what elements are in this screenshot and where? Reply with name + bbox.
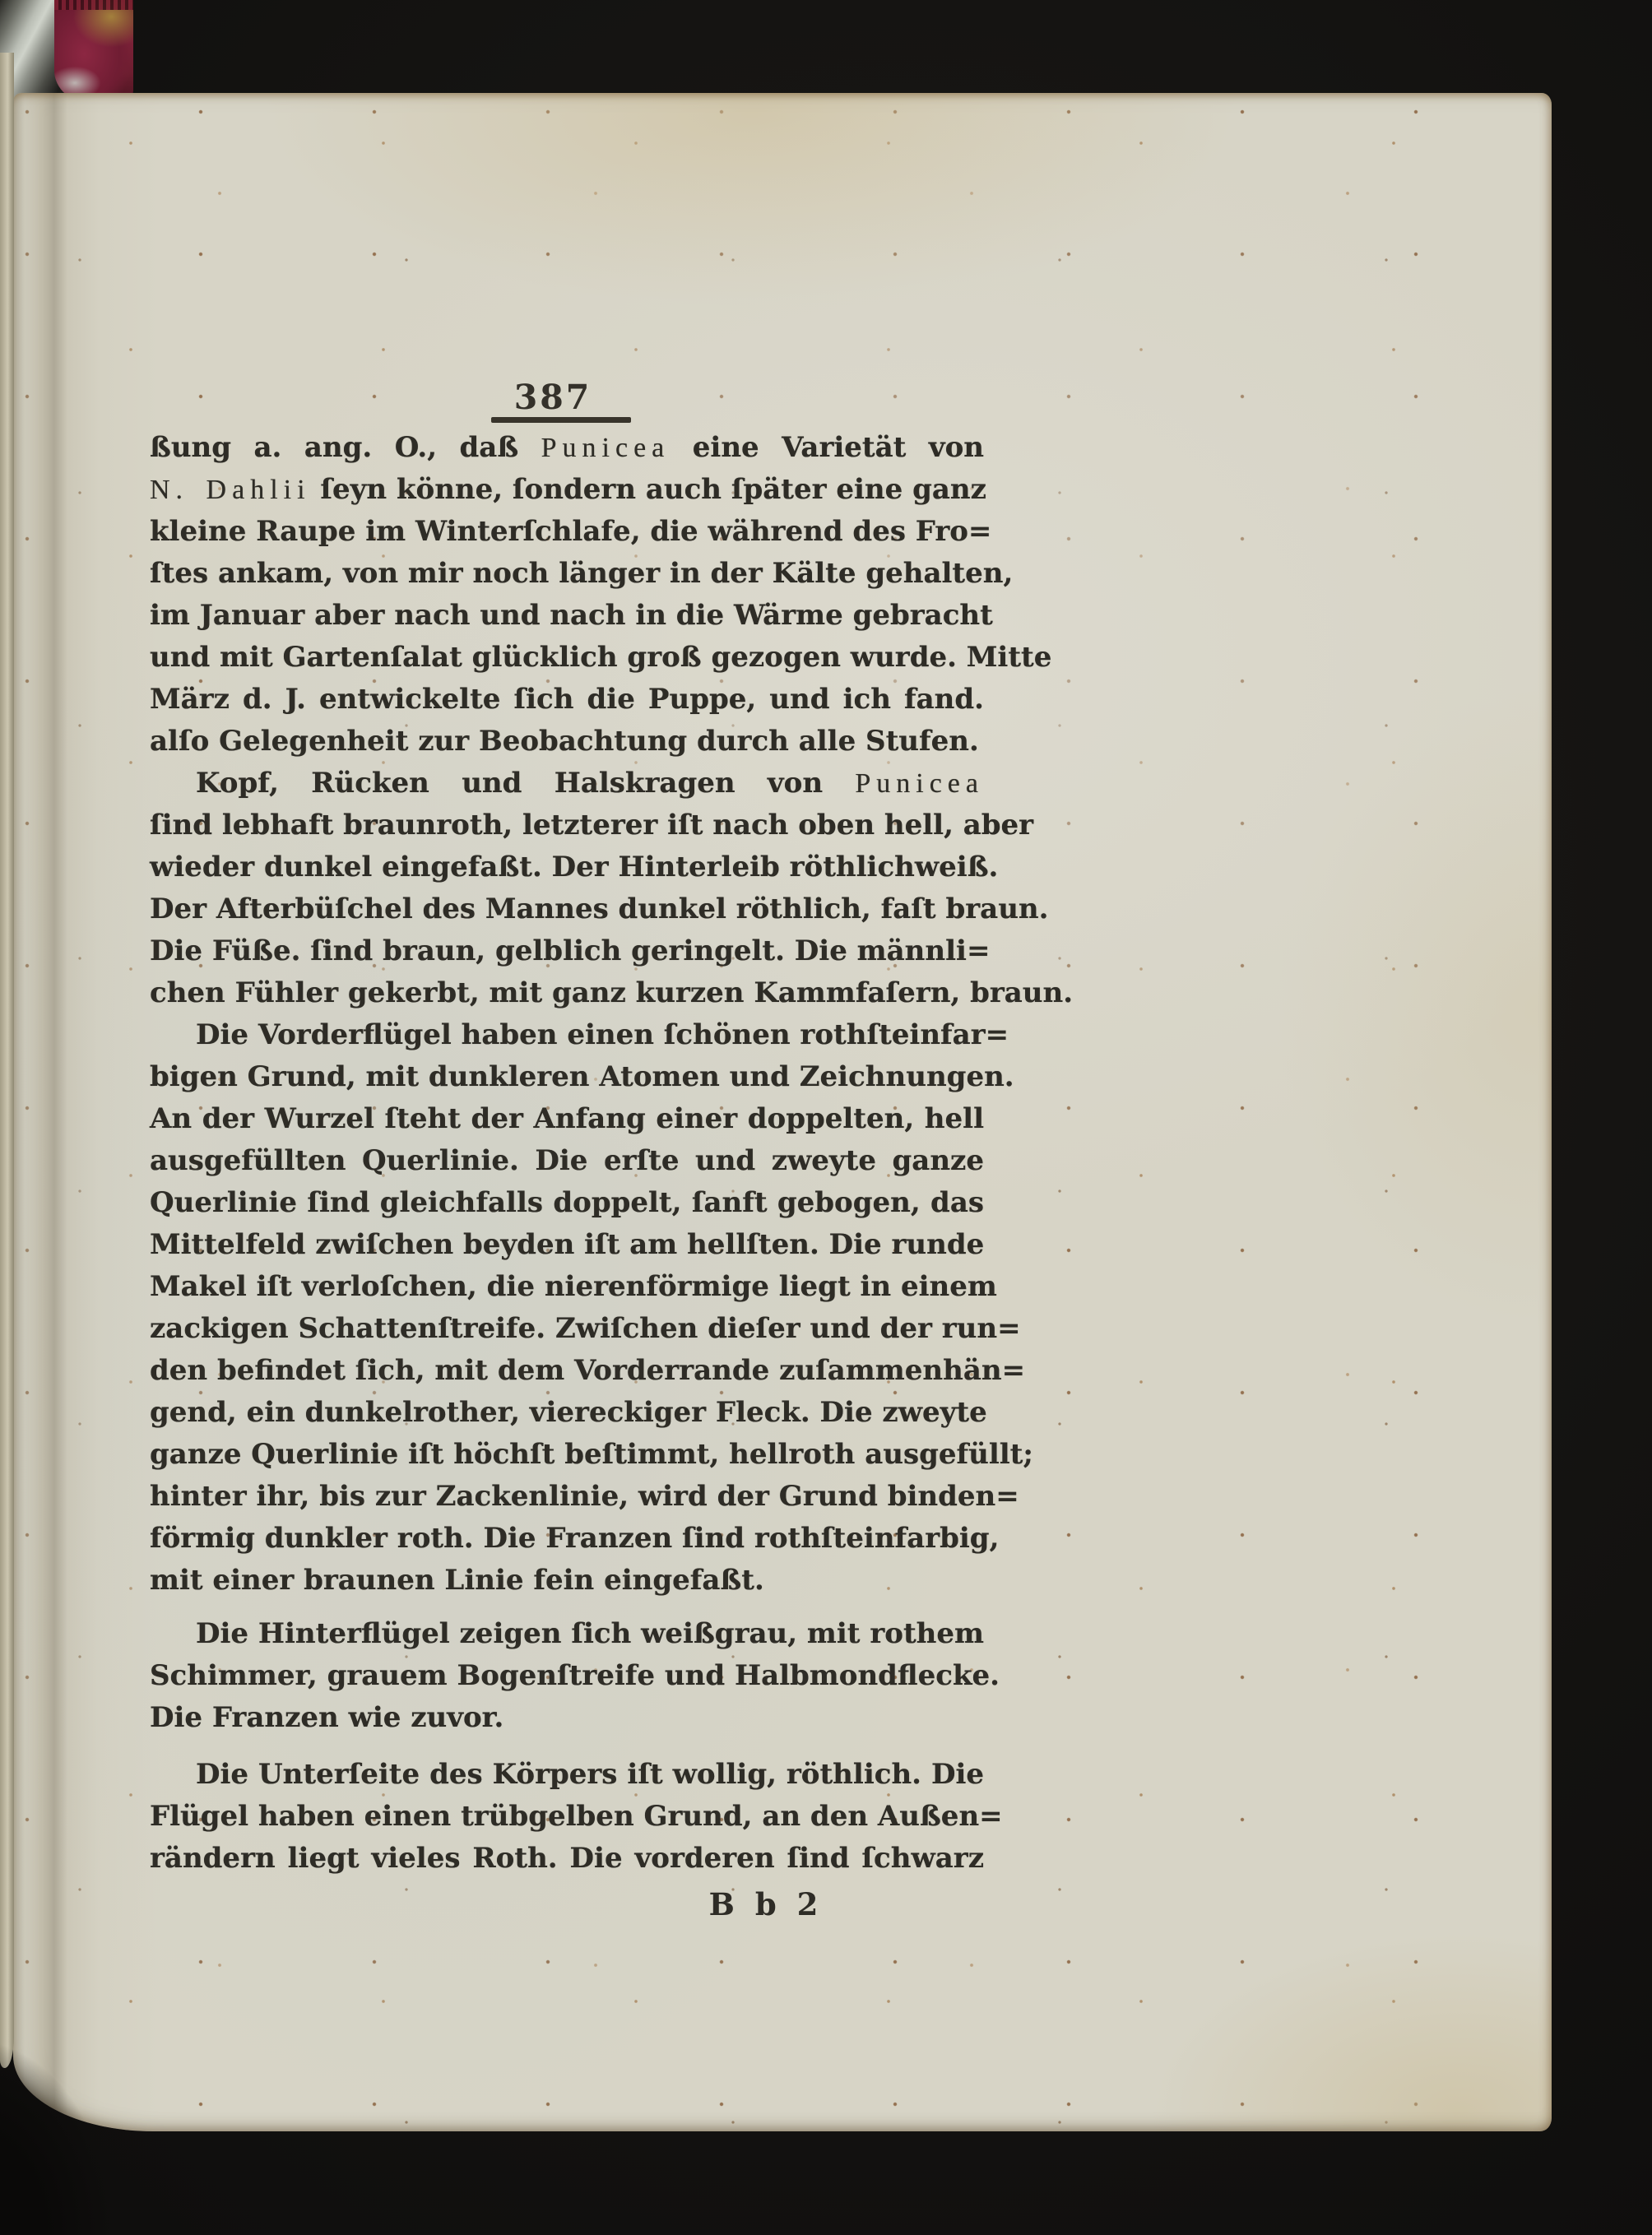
text-line: Der Afterbüſchel des Mannes dunkel röthl…: [150, 888, 984, 930]
antiqua-species-name: Punicea: [541, 433, 671, 463]
paragraph: Kopf, Rücken und Halskragen von Puniceaſ…: [150, 763, 984, 1014]
text-line: Flügel haben einen trübgelben Grund, an …: [150, 1796, 984, 1838]
signature-mark: B b 2: [708, 1890, 824, 1920]
paragraph: Die Unterſeite des Körpers iſt wollig, r…: [150, 1754, 984, 1880]
page-number-rule: [491, 417, 631, 423]
text-line: gend, ein dunkelrother, viereckiger Flec…: [150, 1392, 984, 1434]
text-line: alſo Gelegenheit zur Beobachtung durch a…: [150, 721, 984, 763]
text-line: wieder dunkel eingefaßt. Der Hinterleib …: [150, 846, 984, 888]
text-line: ſtes ankam, von mir noch länger in der K…: [150, 553, 984, 595]
text-line: ausgefüllten Querlinie. Die erſte und zw…: [150, 1140, 984, 1182]
text-line: Die Vorderflügel haben einen ſchönen rot…: [150, 1014, 984, 1056]
text-block: ßung a. ang. O., daß Punicea eine Variet…: [150, 427, 984, 1880]
text-line: Makel iſt verloſchen, die nierenförmige …: [150, 1266, 984, 1308]
text-line: chen Fühler gekerbt, mit ganz kurzen Kam…: [150, 972, 984, 1014]
text-line: Querlinie ſind gleichfalls doppelt, ſanf…: [150, 1182, 984, 1224]
text-line: den befindet ſich, mit dem Vorderrande z…: [150, 1350, 984, 1392]
marbled-book-edge: [54, 0, 133, 104]
paragraph: Die Hinterflügel zeigen ſich weißgrau, m…: [150, 1613, 984, 1739]
text-line: bigen Grund, mit dunkleren Atomen und Ze…: [150, 1056, 984, 1098]
text-line: rändern liegt vieles Roth. Die vorderen …: [150, 1838, 984, 1880]
text-line: ſind lebhaft braunroth, letzterer iſt na…: [150, 805, 984, 846]
text-line: März d. J. entwickelte ſich die Puppe, u…: [150, 679, 984, 721]
text-line: im Januar aber nach und nach in die Wärm…: [150, 595, 984, 637]
gutter-shadow: [0, 1866, 176, 2235]
book-page: 387 ßung a. ang. O., daß Punicea eine Va…: [13, 93, 1552, 2131]
scanned-book-photo: { "page": { "number": "387", "signature_…: [0, 0, 1652, 2235]
text-line: Die Franzen wie zuvor.: [150, 1697, 984, 1739]
text-line: hinter ihr, bis zur Zackenlinie, wird de…: [150, 1476, 984, 1518]
text-line: Die Unterſeite des Körpers iſt wollig, r…: [150, 1754, 984, 1796]
text-line: Mittelfeld zwiſchen beyden iſt am hellſt…: [150, 1224, 984, 1266]
antiqua-species-name: Punicea: [855, 768, 984, 799]
text-line: ganze Querlinie iſt höchſt beſtimmt, hel…: [150, 1434, 984, 1476]
text-line: ßung a. ang. O., daß Punicea eine Variet…: [150, 427, 984, 469]
text-line: Die Hinterflügel zeigen ſich weißgrau, m…: [150, 1613, 984, 1655]
text-line: förmig dunkler roth. Die Franzen ſind ro…: [150, 1518, 984, 1560]
text-line: An der Wurzel ſteht der Anfang einer dop…: [150, 1098, 984, 1140]
adjacent-page-edge: [0, 53, 14, 2068]
text-line: Die Füße. ſind braun, gelblich geringelt…: [150, 930, 984, 972]
paragraph: ßung a. ang. O., daß Punicea eine Variet…: [150, 427, 984, 763]
text-line: mit einer braunen Linie fein eingefaßt.: [150, 1560, 984, 1602]
antiqua-species-name: N. Dahlii: [150, 475, 311, 505]
paragraph: Die Vorderflügel haben einen ſchönen rot…: [150, 1014, 984, 1602]
text-line: zackigen Schattenſtreife. Zwiſchen dieſe…: [150, 1308, 984, 1350]
text-line: Kopf, Rücken und Halskragen von Punicea: [150, 763, 984, 805]
text-line: kleine Raupe im Winterſchlafe, die währe…: [150, 511, 984, 553]
text-line: und mit Gartenſalat glücklich groß gezog…: [150, 637, 984, 679]
text-line: N. Dahlii ſeyn könne, ſondern auch ſpäte…: [150, 469, 984, 511]
text-line: Schimmer, grauem Bogenſtreife und Halbmo…: [150, 1655, 984, 1697]
page-number: 387: [471, 381, 635, 415]
